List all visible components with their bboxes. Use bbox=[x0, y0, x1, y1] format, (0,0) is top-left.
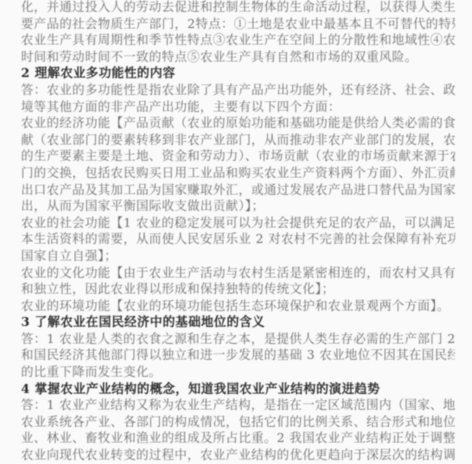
text-line: 农业向现代农业转变的过程中，农业产业结构的优化更趋向于深层次的结构调整，以实现产 bbox=[21, 447, 455, 462]
text-line: 农业的经济功能【产品贡献（农业的原始功能和基础功能是供给人类必需的食物）、要素贡 bbox=[21, 115, 455, 132]
text-line: 时间和劳动时间不一致的特点⑤农业生产具有自然和市场的双重风险。 bbox=[21, 49, 455, 66]
section-heading: 4 掌握农业产业结构的概念，知道我国农业产业结构的演进趋势 bbox=[21, 381, 455, 398]
text-line: 答：1 农业是人类的衣食之源和生存之本，是提供人类生存必需的生产部门 2 是社会… bbox=[21, 331, 455, 348]
text-line: 农业系统各产业、各部门的构成情况，包括它们的比例关系、结合形式和地位作用，即种植 bbox=[21, 414, 455, 431]
text-line: 答：农业的多功能性是指农业除了具有产品产出功能外，还有经济、社会、政治、文化和环 bbox=[21, 82, 455, 99]
text-line: 要产品的社会物质生产部门，2特点：①土地是农业中最基本且不可替代的特殊生产资料② bbox=[21, 16, 455, 33]
text-line: 业、林业、畜牧业和渔业的组成及所占比重。2 我国农业产业结构正处于调整阶段，在传… bbox=[21, 430, 455, 447]
text-line: 国家自立自强】； bbox=[21, 248, 455, 265]
text-line: 的比重下降而发生变化。 bbox=[21, 364, 455, 381]
text-line: 出，从而为国家平衡国际收支做出贡献）】； bbox=[21, 198, 455, 215]
text-line: 境等其他方面的非产品产出功能，主要有以下四个方面： bbox=[21, 99, 455, 116]
text-line: 的生产要素主要是土地、资金和劳动力）、市场贡献（农业的市场贡献来源于农业与其他部 bbox=[21, 148, 455, 165]
text-line: 和独立性，因此农业得以形成和保持独特的传统文化】； bbox=[21, 281, 455, 298]
text-line: 和国民经济其他部门得以独立和进一步发展的基础 3 农业地位不因其在国民经济产值中 bbox=[21, 347, 455, 364]
text-line: 化，并通过投入人的劳动去促进和控制生物体的生命活动过程，以获得人类生活和生产所需 bbox=[21, 0, 455, 16]
text-line: 答：1 农业产业结构又称为农业生产结构，是指在一定区域范围内（国家、地区或农业企… bbox=[21, 397, 455, 414]
document-text: 化，并通过投入人的劳动去促进和控制生物体的生命活动过程，以获得人类生活和生产所需… bbox=[21, 0, 455, 462]
text-line: 农业的文化功能【由于农业生产活动与农村生活是紧密相连的，而农村又具有相对的封闭性 bbox=[21, 265, 455, 282]
section-heading: 3 了解农业在国民经济中的基础地位的含义 bbox=[21, 314, 455, 331]
text-line: 农业的环境功能【农业的环境功能包括生态环境保护和农业景观两个方面】。 bbox=[21, 298, 455, 315]
document-page: 化，并通过投入人的劳动去促进和控制生物体的生命活动过程，以获得人类生活和生产所需… bbox=[0, 0, 472, 462]
text-line: 农业生产具有周期性和季节性特点③农业生产在空间上的分散性和地域性④农业具有生产 bbox=[21, 32, 455, 49]
text-line: 本生活资料的需要，从而使人民安居乐业 2 对农村不完善的社会保障有补充功能 3 … bbox=[21, 231, 455, 248]
section-heading: 2 理解农业多功能性的内容 bbox=[21, 65, 455, 82]
text-line: 献（农业部门的要素转移到非农产业部门，从而推动非农产业部门的发展，农业部门所提供 bbox=[21, 132, 455, 149]
text-line: 出口农产品及其加工品为国家赚取外汇，或通过发展农产品进口替代品为国家减少外汇支 bbox=[21, 182, 455, 199]
text-line: 门的交换，包括农民购买日用工业品和购买农业生产资料两个方面）、外汇贡献（国家通过 bbox=[21, 165, 455, 182]
text-line: 农业的社会功能【1 农业的稳定发展可以为社会提供充足的农产品，可以满足城乡居民对… bbox=[21, 215, 455, 232]
